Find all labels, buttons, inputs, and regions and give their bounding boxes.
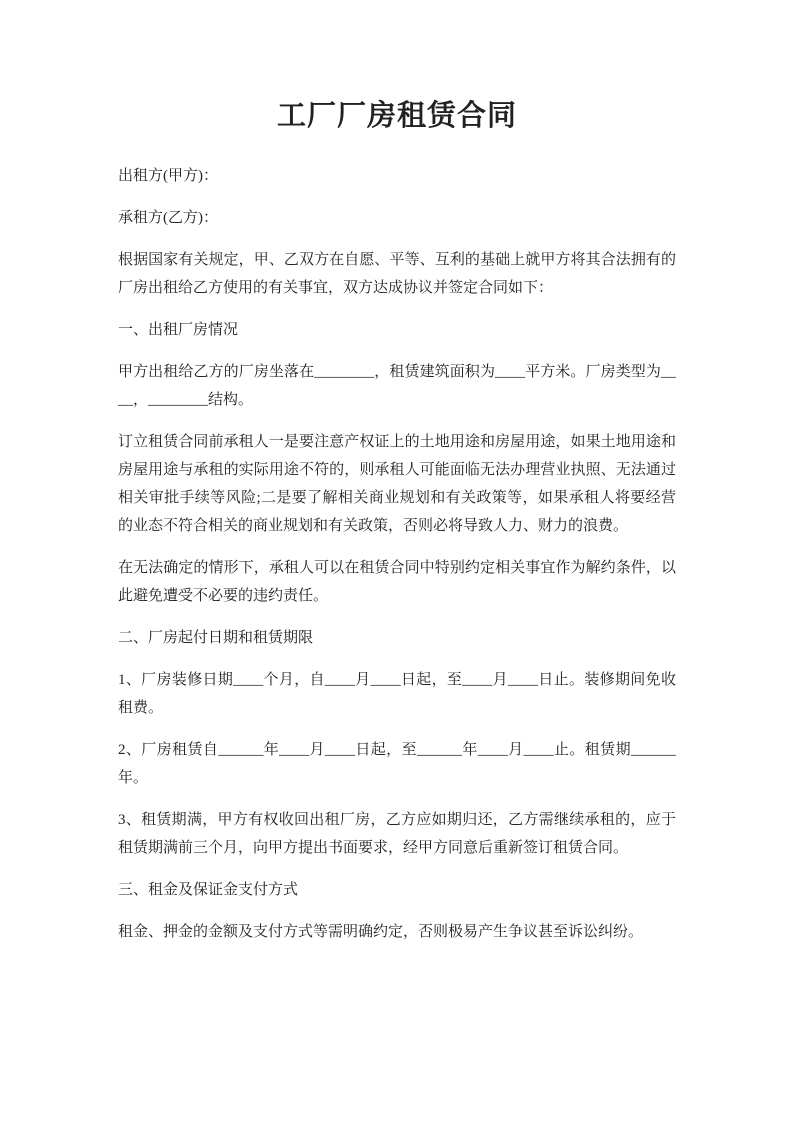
clause-rent-deposit: 租金、押金的金额及支付方式等需明确约定，否则极易产生争议甚至诉讼纠纷。 xyxy=(118,918,676,946)
clause-lease-notice: 订立租赁合同前承租人一是要注意产权证上的土地用途和房屋用途，如果土地用途和房屋用… xyxy=(118,428,676,540)
clause-premises-location: 甲方出租给乙方的厂房坐落在________，租赁建筑面积为____平方米。厂房类… xyxy=(118,358,676,414)
section-heading-1: 一、出租厂房情况 xyxy=(118,316,676,344)
contract-title: 工厂厂房租赁合同 xyxy=(118,96,676,136)
document-page: 工厂厂房租赁合同 出租方(甲方)： 承租方(乙方)： 根据国家有关规定，甲、乙双… xyxy=(0,0,793,1122)
contract-body: 出租方(甲方)： 承租方(乙方)： 根据国家有关规定，甲、乙双方在自愿、平等、互… xyxy=(118,162,676,946)
party-lessor-label: 出租方(甲方)： xyxy=(118,162,676,190)
clause-lease-term: 2、厂房租赁自______年____月____日起，至______年____月_… xyxy=(118,736,676,792)
section-heading-2: 二、厂房起付日期和租赁期限 xyxy=(118,624,676,652)
party-lessee-label: 承租方(乙方)： xyxy=(118,204,676,232)
section-heading-3: 三、租金及保证金支付方式 xyxy=(118,876,676,904)
clause-termination-condition: 在无法确定的情形下，承租人可以在租赁合同中特别约定相关事宜作为解约条件，以此避免… xyxy=(118,554,676,610)
clause-lease-expiry: 3、租赁期满，甲方有权收回出租厂房，乙方应如期归还，乙方需继续承租的，应于租赁期… xyxy=(118,806,676,862)
clause-renovation-period: 1、厂房装修日期____个月，自____月____日起，至____月____日止… xyxy=(118,666,676,722)
contract-preamble: 根据国家有关规定，甲、乙双方在自愿、平等、互利的基础上就甲方将其合法拥有的厂房出… xyxy=(118,246,676,302)
